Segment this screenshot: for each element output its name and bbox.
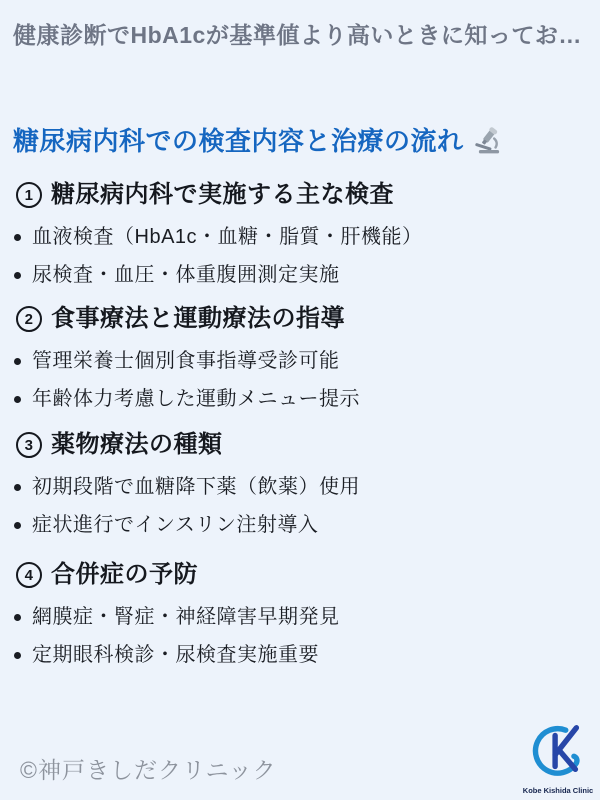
section-heading: 2 食事療法と運動療法の指導 <box>16 304 588 334</box>
page-header-title: 健康診断でHbA1cが基準値より高いときに知ってお… <box>13 17 594 50</box>
circled-number: 2 <box>16 306 42 332</box>
list-item-text: 血液検査（HbA1c・血糖・脂質・肝機能） <box>32 225 423 249</box>
list-item: 初期段階で血糖降下薬（飲薬）使用 <box>14 475 588 499</box>
clinic-logo: Kobe Kishida Clinic <box>522 720 594 795</box>
main-title: 糖尿病内科での検査内容と治療の流れ <box>13 121 590 158</box>
list-item-text: 定期眼科検診・尿検査実施重要 <box>32 643 319 667</box>
section-complication-prevention: 4 合併症の予防 網膜症・腎症・神経障害早期発見 定期眼科検診・尿検査実施重要 <box>16 560 588 681</box>
list-item: 血液検査（HbA1c・血糖・脂質・肝機能） <box>14 225 588 249</box>
section-title: 食事療法と運動療法の指導 <box>51 304 345 334</box>
list-item-text: 網膜症・腎症・神経障害早期発見 <box>32 605 340 629</box>
clinic-logo-icon <box>529 720 587 785</box>
section-heading: 4 合併症の予防 <box>16 560 588 590</box>
bullet-dot <box>14 234 21 241</box>
section-heading: 3 薬物療法の種類 <box>16 430 588 460</box>
circled-number: 4 <box>16 562 42 588</box>
bullet-dot <box>14 358 21 365</box>
section-title: 薬物療法の種類 <box>51 430 223 460</box>
bullet-dot <box>14 614 21 621</box>
bullet-dot <box>14 652 21 659</box>
section-main-tests: 1 糖尿病内科で実施する主な検査 血液検査（HbA1c・血糖・脂質・肝機能） 尿… <box>16 180 588 301</box>
copyright-text: ©神戸きしだクリニック <box>20 752 277 785</box>
list-item-text: 初期段階で血糖降下薬（飲薬）使用 <box>32 475 360 499</box>
infographic-page: 健康診断でHbA1cが基準値より高いときに知ってお… 糖尿病内科での検査内容と治… <box>0 0 600 800</box>
section-diet-exercise: 2 食事療法と運動療法の指導 管理栄養士個別食事指導受診可能 年齢体力考慮した運… <box>16 304 588 425</box>
list-item: 症状進行でインスリン注射導入 <box>14 513 588 537</box>
list-item: 網膜症・腎症・神経障害早期発見 <box>14 605 588 629</box>
list-item-text: 年齢体力考慮した運動メニュー提示 <box>32 387 360 411</box>
bullet-dot <box>14 522 21 529</box>
section-medication: 3 薬物療法の種類 初期段階で血糖降下薬（飲薬）使用 症状進行でインスリン注射導… <box>16 430 588 551</box>
bullet-dot <box>14 272 21 279</box>
section-title: 糖尿病内科で実施する主な検査 <box>51 180 394 210</box>
list-item-text: 症状進行でインスリン注射導入 <box>32 513 318 537</box>
circled-number: 1 <box>16 182 42 208</box>
main-title-text: 糖尿病内科での検査内容と治療の流れ <box>13 121 464 158</box>
list-item: 年齢体力考慮した運動メニュー提示 <box>14 387 588 411</box>
list-item: 尿検査・血圧・体重腹囲測定実施 <box>14 263 588 287</box>
section-heading: 1 糖尿病内科で実施する主な検査 <box>16 180 588 210</box>
list-item-text: 尿検査・血圧・体重腹囲測定実施 <box>32 263 340 287</box>
bullet-dot <box>14 396 21 403</box>
list-item-text: 管理栄養士個別食事指導受診可能 <box>32 349 340 373</box>
section-title: 合併症の予防 <box>51 560 198 590</box>
microscope-icon <box>474 125 504 155</box>
list-item: 定期眼科検診・尿検査実施重要 <box>14 643 588 667</box>
circled-number: 3 <box>16 432 42 458</box>
list-item: 管理栄養士個別食事指導受診可能 <box>14 349 588 373</box>
bullet-dot <box>14 484 21 491</box>
clinic-logo-caption: Kobe Kishida Clinic <box>523 786 593 795</box>
